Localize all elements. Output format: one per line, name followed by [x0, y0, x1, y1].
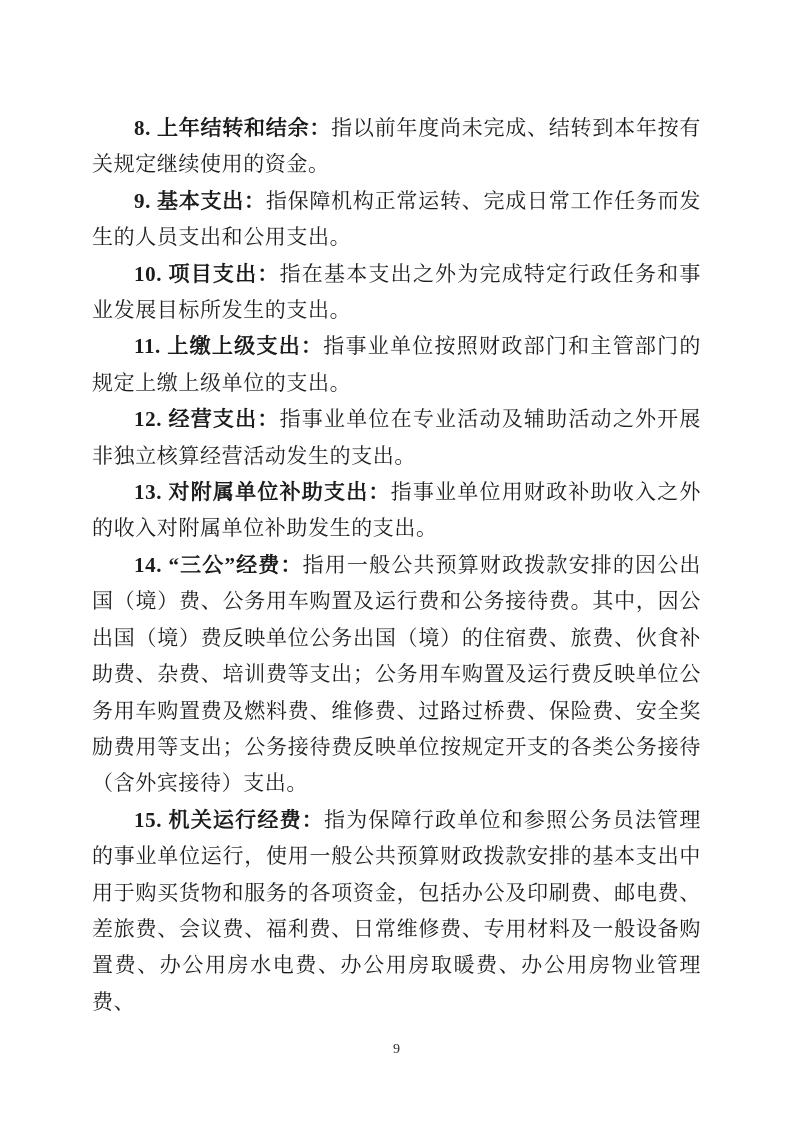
term-label: 14. “三公”经费： [134, 553, 303, 577]
term-label: 9. 基本支出： [134, 189, 266, 213]
definition-paragraph: 8. 上年结转和结余：指以前年度尚未完成、结转到本年按有关规定继续使用的资金。 [92, 110, 701, 183]
term-label: 11. 上缴上级支出： [134, 334, 323, 358]
term-label: 12. 经营支出： [134, 407, 280, 431]
document-page: 8. 上年结转和结余：指以前年度尚未完成、结转到本年按有关规定继续使用的资金。 … [0, 0, 793, 1122]
term-label: 15. 机关运行经费： [134, 808, 324, 832]
definition-paragraph: 12. 经营支出：指事业单位在专业活动及辅助活动之外开展非独立核算经营活动发生的… [92, 401, 701, 474]
definition-paragraph: 14. “三公”经费：指用一般公共预算财政拨款安排的因公出国（境）费、公务用车购… [92, 547, 701, 802]
definition-paragraph: 9. 基本支出：指保障机构正常运转、完成日常工作任务而发生的人员支出和公用支出。 [92, 183, 701, 256]
page-number: 9 [0, 1042, 793, 1058]
definition-paragraph: 13. 对附属单位补助支出：指事业单位用财政补助收入之外的收入对附属单位补助发生… [92, 474, 701, 547]
definition-paragraph: 15. 机关运行经费：指为保障行政单位和参照公务员法管理的事业单位运行，使用一般… [92, 802, 701, 1020]
definition-text: 指用一般公共预算财政拨款安排的因公出国（境）费、公务用车购置及运行费和公务接待费… [92, 553, 701, 795]
term-label: 13. 对附属单位补助支出： [134, 480, 391, 504]
definition-paragraph: 10. 项目支出：指在基本支出之外为完成特定行政任务和事业发展目标所发生的支出。 [92, 256, 701, 329]
document-body: 8. 上年结转和结余：指以前年度尚未完成、结转到本年按有关规定继续使用的资金。 … [92, 110, 701, 1020]
term-label: 8. 上年结转和结余： [134, 116, 331, 140]
term-label: 10. 项目支出： [134, 262, 280, 286]
definition-paragraph: 11. 上缴上级支出：指事业单位按照财政部门和主管部门的规定上缴上级单位的支出。 [92, 328, 701, 401]
definition-text: 指为保障行政单位和参照公务员法管理的事业单位运行，使用一般公共预算财政拨款安排的… [92, 808, 701, 1014]
